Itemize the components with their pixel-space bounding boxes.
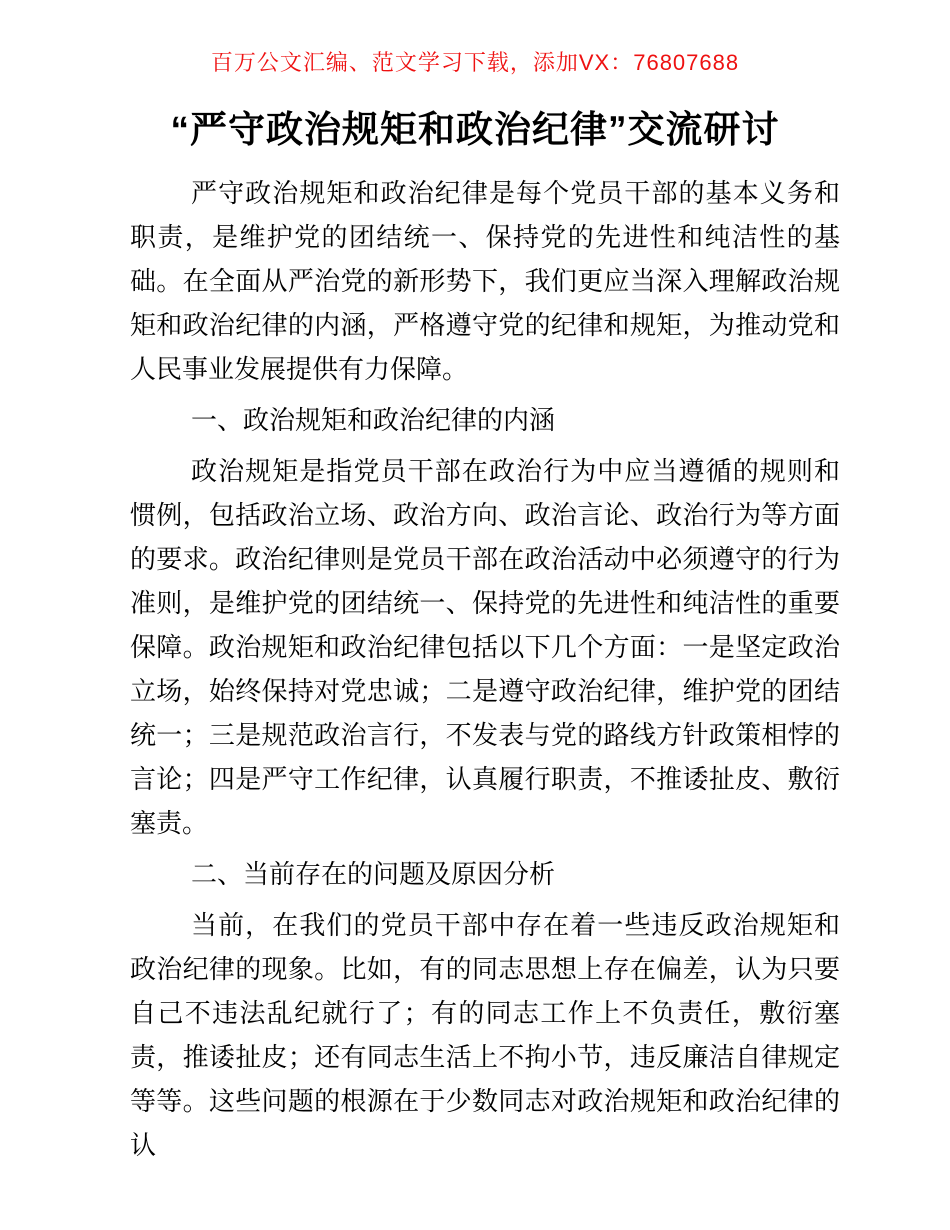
section-heading-2: 二、当前存在的问题及原因分析 [130, 852, 840, 896]
section-heading-1: 一、政治规矩和政治纪律的内涵 [130, 398, 840, 442]
paragraph-section-2: 当前，在我们的党员干部中存在着一些违反政治规矩和政治纪律的现象。比如，有的同志思… [130, 903, 840, 1167]
paragraph-section-1: 政治规矩是指党员干部在政治行为中应当遵循的规则和惯例，包括政治立场、政治方向、政… [130, 449, 840, 845]
document-title: “严守政治规矩和政治纪律”交流研讨 [0, 104, 950, 156]
document-page: 百万公文汇编、范文学习下载，添加VX：76807688 “严守政治规矩和政治纪律… [0, 0, 950, 1230]
document-body: 严守政治规矩和政治纪律是每个党员干部的基本义务和职责，是维护党的团结统一、保持党… [130, 171, 840, 1167]
header-promo-notice: 百万公文汇编、范文学习下载，添加VX：76807688 [0, 48, 950, 78]
paragraph-intro: 严守政治规矩和政治纪律是每个党员干部的基本义务和职责，是维护党的团结统一、保持党… [130, 171, 840, 391]
